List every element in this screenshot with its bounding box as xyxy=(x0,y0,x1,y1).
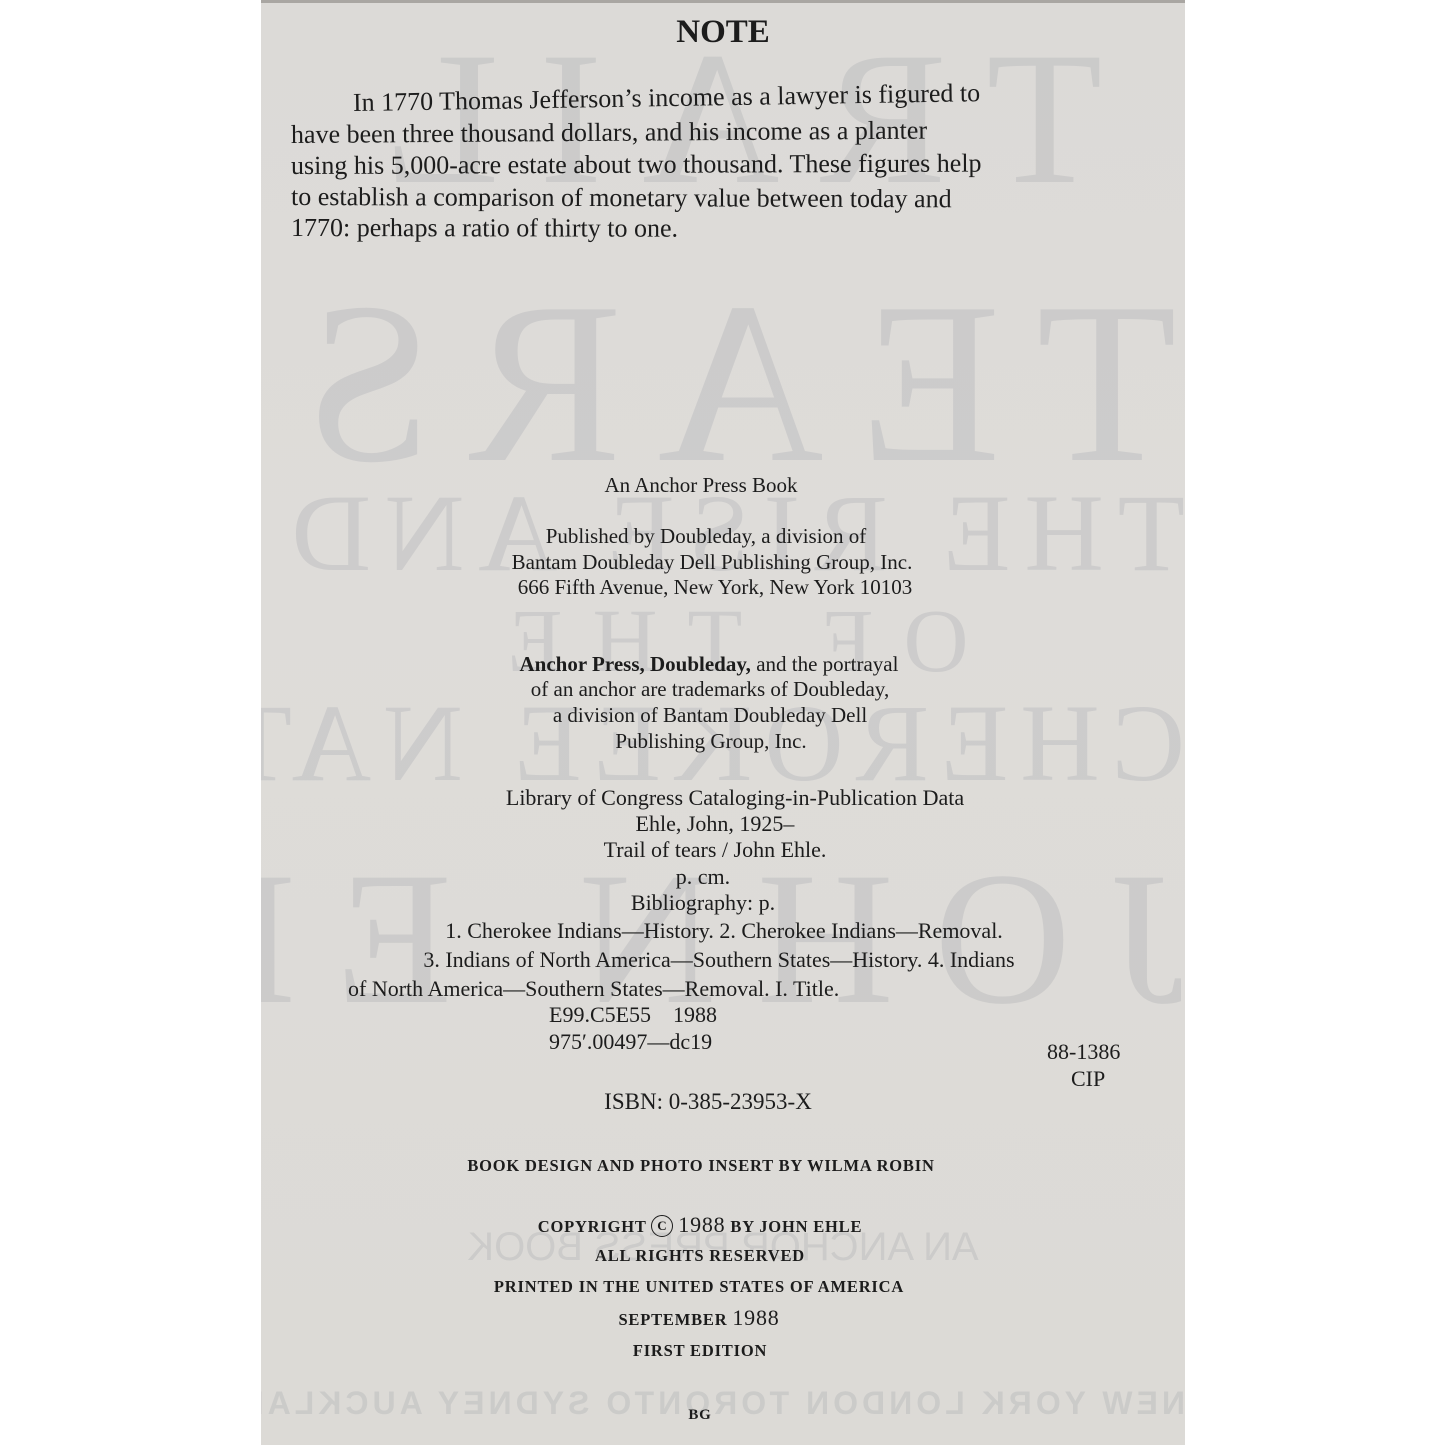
year: 1988 xyxy=(732,1305,779,1330)
note-line: In 1770 Thomas Jefferson’s income as a l… xyxy=(291,74,1171,119)
copyright-icon: C xyxy=(651,1215,673,1237)
cip-title: Trail of tears / John Ehle. xyxy=(261,837,1177,863)
copyright-holder: BY JOHN EHLE xyxy=(730,1217,862,1236)
published-by-line: Published by Doubleday, a division of xyxy=(261,524,1168,549)
cip-dewey: 975′.00497—dc19 xyxy=(549,1029,712,1055)
cip-lc-class: E99.C5E55 1988 xyxy=(549,1002,717,1028)
cip-author: Ehle, John, 1925– xyxy=(261,811,1177,837)
copyright-year: 1988 xyxy=(678,1212,725,1237)
note-line: have been three thousand dollars, and hi… xyxy=(291,113,1171,150)
cip-subjects-line: 3. Indians of North America—Southern Sta… xyxy=(261,947,1181,973)
note-line: using his 5,000-acre estate about two th… xyxy=(291,147,1171,181)
imprint-line: An Anchor Press Book xyxy=(261,473,1163,498)
isbn: ISBN: 0-385-23953-X xyxy=(261,1089,1170,1115)
note-line: 1770: perhaps a ratio of thirty to one. xyxy=(291,212,1171,245)
edition-line: FIRST EDITION xyxy=(261,1341,1162,1361)
cip-lccn: 88-1386 xyxy=(1047,1039,1120,1065)
book-page: TRAIL TEARS THE RISE AND FALL OF THE CHE… xyxy=(261,0,1185,1445)
copyright-prefix: COPYRIGHT xyxy=(538,1217,647,1236)
trademark-line: Anchor Press, Doubleday, and the portray… xyxy=(261,652,1171,677)
published-by-line: Bantam Doubleday Dell Publishing Group, … xyxy=(261,550,1174,575)
cip-subjects-line: 1. Cherokee Indians—History. 2. Cherokee… xyxy=(262,918,1185,944)
note-line: to establish a comparison of monetary va… xyxy=(291,181,1171,215)
trademark-text: and the portrayal xyxy=(751,652,899,676)
design-credit: BOOK DESIGN AND PHOTO INSERT BY WILMA RO… xyxy=(261,1156,1163,1176)
rights-line: ALL RIGHTS RESERVED xyxy=(261,1246,1162,1266)
copyright-line: COPYRIGHT C 1988 BY JOHN EHLE xyxy=(261,1212,1162,1238)
trademark-line: of an anchor are trademarks of Doubleday… xyxy=(261,677,1172,702)
cip-pagination: p. cm. xyxy=(261,864,1165,890)
cip-bibliography: Bibliography: p. xyxy=(261,890,1165,916)
cip-heading: Library of Congress Cataloging-in-Public… xyxy=(273,785,1185,811)
trademark-line: Publishing Group, Inc. xyxy=(261,729,1173,754)
date-line: SEPTEMBER 1988 xyxy=(261,1305,1161,1331)
note-heading: NOTE xyxy=(261,14,1185,51)
note-paragraph: In 1770 Thomas Jefferson’s income as a l… xyxy=(291,88,1171,243)
cip-subjects-line: of North America—Southern States—Removal… xyxy=(348,976,839,1002)
published-by-line: 666 Fifth Avenue, New York, New York 101… xyxy=(261,575,1177,600)
trademark-line: a division of Bantam Doubleday Dell xyxy=(261,703,1172,728)
printer-code: BG xyxy=(261,1407,1162,1424)
trademark-names: Anchor Press, Doubleday, xyxy=(520,652,751,676)
month: SEPTEMBER xyxy=(618,1310,727,1329)
printed-line: PRINTED IN THE UNITED STATES OF AMERICA xyxy=(261,1277,1161,1297)
